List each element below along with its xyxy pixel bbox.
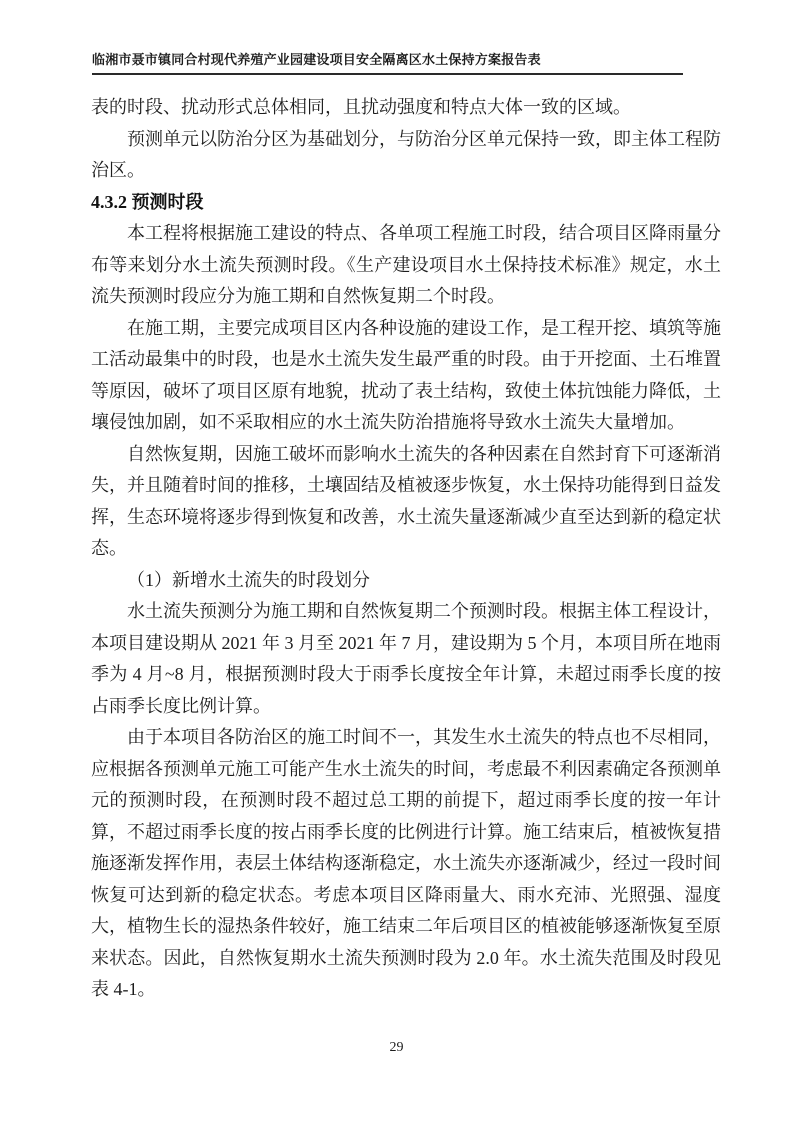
paragraph: 在施工期，主要完成项目区内各种设施的建设工作，是工程开挖、填筑等施工活动最集中的… <box>91 313 721 439</box>
list-item-heading: （1）新增水土流失的时段划分 <box>91 565 721 597</box>
document-body: 表的时段、扰动形式总体相同，且扰动强度和特点大体一致的区域。 预测单元以防治分区… <box>91 92 721 1006</box>
paragraph: 由于本项目各防治区的施工时间不一，其发生水土流失的特点也不尽相同，应根据各预测单… <box>91 722 721 1006</box>
page-header: 临湘市聂市镇同合村现代养殖产业园建设项目安全隔离区水土保持方案报告表 <box>92 52 683 75</box>
page-footer: 29 <box>0 1038 793 1057</box>
document-page: 临湘市聂市镇同合村现代养殖产业园建设项目安全隔离区水土保持方案报告表 表的时段、… <box>0 0 793 1122</box>
paragraph: 预测单元以防治分区为基础划分，与防治分区单元保持一致，即主体工程防治区。 <box>91 124 721 187</box>
paragraph: 自然恢复期，因施工破坏而影响水土流失的各种因素在自然封育下可逐渐消失，并且随着时… <box>91 439 721 565</box>
paragraph: 水土流失预测分为施工期和自然恢复期二个预测时段。根据主体工程设计，本项目建设期从… <box>91 596 721 722</box>
section-heading: 4.3.2 预测时段 <box>91 187 721 219</box>
page-number: 29 <box>390 1040 404 1055</box>
paragraph: 本工程将根据施工建设的特点、各单项工程施工时段，结合项目区降雨量分布等来划分水土… <box>91 218 721 313</box>
paragraph-continuation: 表的时段、扰动形式总体相同，且扰动强度和特点大体一致的区域。 <box>91 92 721 124</box>
header-title: 临湘市聂市镇同合村现代养殖产业园建设项目安全隔离区水土保持方案报告表 <box>92 52 683 68</box>
